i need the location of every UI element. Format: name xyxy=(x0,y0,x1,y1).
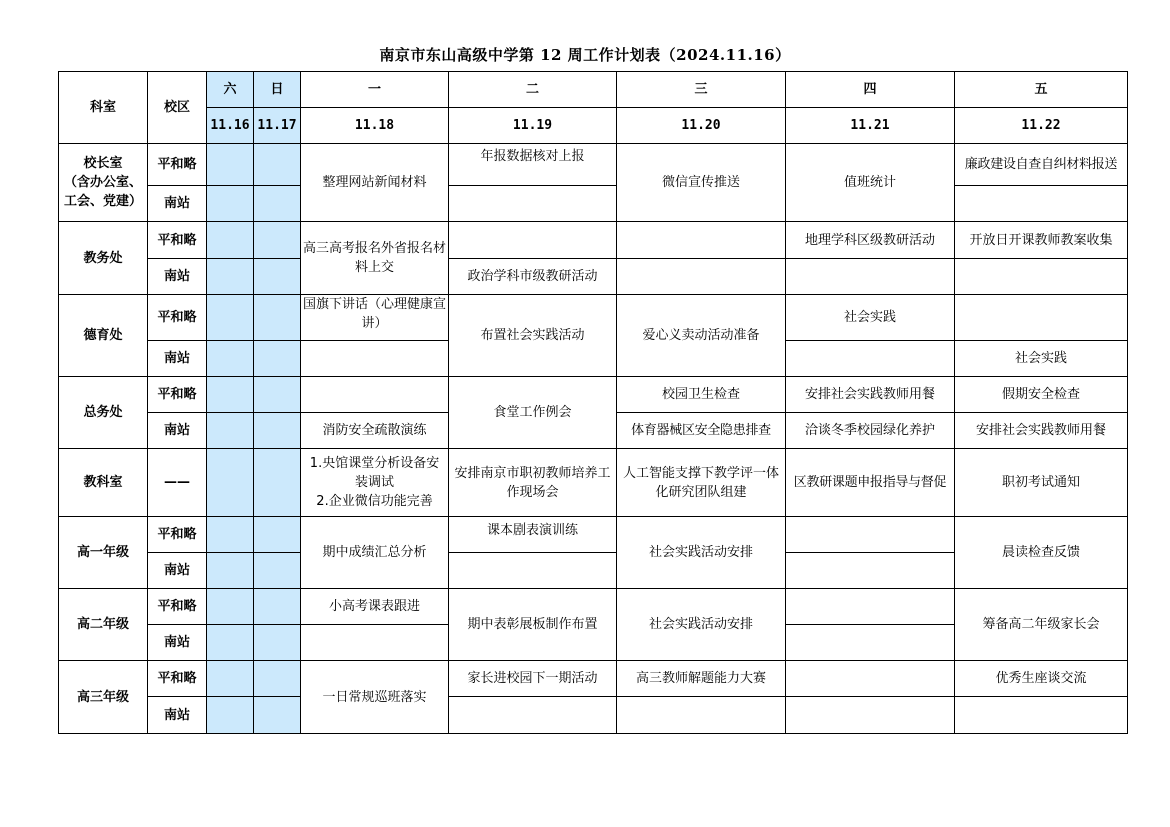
weekend-cell xyxy=(254,259,301,295)
campus-pinghe: 平和略 xyxy=(148,661,207,697)
task-cell xyxy=(449,222,617,259)
task-cell: 期中表彰展板制作布置 xyxy=(449,589,617,661)
header-date-thu: 11.21 xyxy=(786,108,955,144)
task-line: 2.企业微信功能完善 xyxy=(316,494,432,509)
task-cell xyxy=(301,625,449,661)
task-cell xyxy=(617,259,786,295)
weekend-cell xyxy=(207,259,254,295)
task-cell xyxy=(786,661,955,697)
header-date-tue: 11.19 xyxy=(449,108,617,144)
task-cell: 家长进校园下一期活动 xyxy=(449,661,617,697)
task-cell xyxy=(955,186,1128,222)
task-cell: 值班统计 xyxy=(786,144,955,222)
task-cell xyxy=(786,341,955,377)
task-cell xyxy=(617,697,786,734)
header-weekday-fri: 五 xyxy=(955,72,1128,108)
weekend-cell xyxy=(207,661,254,697)
task-cell: 社会实践 xyxy=(786,295,955,341)
header-weekday-thu: 四 xyxy=(786,72,955,108)
task-cell xyxy=(301,377,449,413)
task-line: 装调试 xyxy=(355,475,394,490)
task-cell: 年报数据核对上报 xyxy=(449,144,617,186)
task-cell xyxy=(786,553,955,589)
task-cell: 消防安全疏散演练 xyxy=(301,413,449,449)
weekend-cell xyxy=(207,625,254,661)
dept-moral-education: 德育处 xyxy=(59,295,148,377)
weekend-cell xyxy=(207,186,254,222)
header-dept: 科室 xyxy=(59,72,148,144)
task-cell xyxy=(955,259,1128,295)
header-weekday-tue: 二 xyxy=(449,72,617,108)
weekend-cell xyxy=(254,517,301,553)
task-cell: 高三教师解题能力大赛 xyxy=(617,661,786,697)
task-cell: 体育器械区安全隐患排查 xyxy=(617,413,786,449)
task-cell xyxy=(301,341,449,377)
dept-name-line: 校长室 xyxy=(83,156,122,171)
task-cell: 1.央馆课堂分析设备安 装调试 2.企业微信功能完善 xyxy=(301,449,449,517)
task-cell xyxy=(786,697,955,734)
task-cell: 政治学科市级教研活动 xyxy=(449,259,617,295)
task-cell xyxy=(786,625,955,661)
task-cell: 假期安全检查 xyxy=(955,377,1128,413)
task-cell: 爱心义卖动活动准备 xyxy=(617,295,786,377)
campus-none: —— xyxy=(148,449,207,517)
page-title: 南京市东山高级中学第 12 周工作计划表（2024.11.16） xyxy=(0,44,1170,65)
task-cell: 筹备高二年级家长会 xyxy=(955,589,1128,661)
task-line: 1.央馆课堂分析设备安 xyxy=(310,456,439,471)
dept-general-affairs: 总务处 xyxy=(59,377,148,449)
task-cell xyxy=(786,259,955,295)
task-cell: 安排南京市职初教师培养工作现场会 xyxy=(449,449,617,517)
task-cell: 人工智能支撑下教学评一体化研究团队组建 xyxy=(617,449,786,517)
task-cell: 职初考试通知 xyxy=(955,449,1128,517)
weekend-cell xyxy=(207,144,254,186)
task-cell: 社会实践 xyxy=(955,341,1128,377)
task-cell xyxy=(449,553,617,589)
task-cell: 洽谈冬季校园绿化养护 xyxy=(786,413,955,449)
weekend-cell xyxy=(254,661,301,697)
task-cell: 国旗下讲话（心理健康宣讲） xyxy=(301,295,449,341)
weekend-cell xyxy=(254,553,301,589)
weekend-cell xyxy=(254,449,301,517)
header-weekday-sat: 六 xyxy=(207,72,254,108)
task-cell: 食堂工作例会 xyxy=(449,377,617,449)
task-cell: 布置社会实践活动 xyxy=(449,295,617,377)
task-cell: 课本剧表演训练 xyxy=(449,517,617,553)
task-cell xyxy=(786,517,955,553)
task-cell: 期中成绩汇总分析 xyxy=(301,517,449,589)
weekend-cell xyxy=(254,295,301,341)
task-cell xyxy=(955,697,1128,734)
weekend-cell xyxy=(207,377,254,413)
task-cell: 一日常规巡班落实 xyxy=(301,661,449,734)
weekend-cell xyxy=(207,295,254,341)
header-date-sun: 11.17 xyxy=(254,108,301,144)
campus-pinghe: 平和略 xyxy=(148,295,207,341)
task-cell: 区教研课题申报指导与督促 xyxy=(786,449,955,517)
task-cell: 小高考课表跟进 xyxy=(301,589,449,625)
task-cell: 晨读检查反馈 xyxy=(955,517,1128,589)
campus-pinghe: 平和略 xyxy=(148,589,207,625)
header-date-fri: 11.22 xyxy=(955,108,1128,144)
weekend-cell xyxy=(254,589,301,625)
task-cell: 地理学科区级教研活动 xyxy=(786,222,955,259)
task-cell: 安排社会实践教师用餐 xyxy=(955,413,1128,449)
task-cell: 社会实践活动安排 xyxy=(617,517,786,589)
task-cell: 校园卫生检查 xyxy=(617,377,786,413)
task-cell xyxy=(617,222,786,259)
campus-pinghe: 平和略 xyxy=(148,144,207,186)
weekend-cell xyxy=(254,413,301,449)
task-cell: 高三高考报名外省报名材料上交 xyxy=(301,222,449,295)
dept-research: 教科室 xyxy=(59,449,148,517)
campus-pinghe: 平和略 xyxy=(148,222,207,259)
task-cell xyxy=(449,697,617,734)
weekend-cell xyxy=(254,144,301,186)
weekend-cell xyxy=(254,625,301,661)
task-cell: 安排社会实践教师用餐 xyxy=(786,377,955,413)
task-cell: 优秀生座谈交流 xyxy=(955,661,1128,697)
task-cell xyxy=(786,589,955,625)
weekend-cell xyxy=(207,697,254,734)
campus-nanzhan: 南站 xyxy=(148,259,207,295)
weekend-cell xyxy=(254,222,301,259)
campus-pinghe: 平和略 xyxy=(148,517,207,553)
dept-principal-office: 校长室 （含办公室、 工会、党建） xyxy=(59,144,148,222)
weekend-cell xyxy=(254,341,301,377)
campus-nanzhan: 南站 xyxy=(148,341,207,377)
task-cell: 社会实践活动安排 xyxy=(617,589,786,661)
campus-nanzhan: 南站 xyxy=(148,413,207,449)
weekend-cell xyxy=(254,186,301,222)
header-date-wed: 11.20 xyxy=(617,108,786,144)
weekend-cell xyxy=(207,449,254,517)
campus-nanzhan: 南站 xyxy=(148,553,207,589)
weekend-cell xyxy=(207,589,254,625)
campus-nanzhan: 南站 xyxy=(148,625,207,661)
dept-name-line: 工会、党建） xyxy=(64,194,142,209)
weekend-cell xyxy=(207,553,254,589)
weekend-cell xyxy=(254,697,301,734)
task-cell: 微信宣传推送 xyxy=(617,144,786,222)
weekend-cell xyxy=(207,413,254,449)
weekly-plan-table: 科室 校区 六 日 一 二 三 四 五 11.16 11.17 11.18 11… xyxy=(58,71,1128,734)
dept-grade-1: 高一年级 xyxy=(59,517,148,589)
header-campus: 校区 xyxy=(148,72,207,144)
weekend-cell xyxy=(207,341,254,377)
weekend-cell xyxy=(207,222,254,259)
header-date-mon: 11.18 xyxy=(301,108,449,144)
dept-grade-2: 高二年级 xyxy=(59,589,148,661)
header-weekday-mon: 一 xyxy=(301,72,449,108)
campus-nanzhan: 南站 xyxy=(148,186,207,222)
header-date-sat: 11.16 xyxy=(207,108,254,144)
weekend-cell xyxy=(207,517,254,553)
campus-nanzhan: 南站 xyxy=(148,697,207,734)
header-weekday-sun: 日 xyxy=(254,72,301,108)
task-cell: 整理网站新闻材料 xyxy=(301,144,449,222)
campus-pinghe: 平和略 xyxy=(148,377,207,413)
task-cell xyxy=(449,186,617,222)
task-cell: 廉政建设自查自纠材料报送 xyxy=(955,144,1128,186)
dept-academic-affairs: 教务处 xyxy=(59,222,148,295)
task-cell xyxy=(955,295,1128,341)
dept-grade-3: 高三年级 xyxy=(59,661,148,734)
header-weekday-wed: 三 xyxy=(617,72,786,108)
task-cell: 开放日开课教师教案收集 xyxy=(955,222,1128,259)
dept-name-line: （含办公室、 xyxy=(64,175,142,190)
weekend-cell xyxy=(254,377,301,413)
